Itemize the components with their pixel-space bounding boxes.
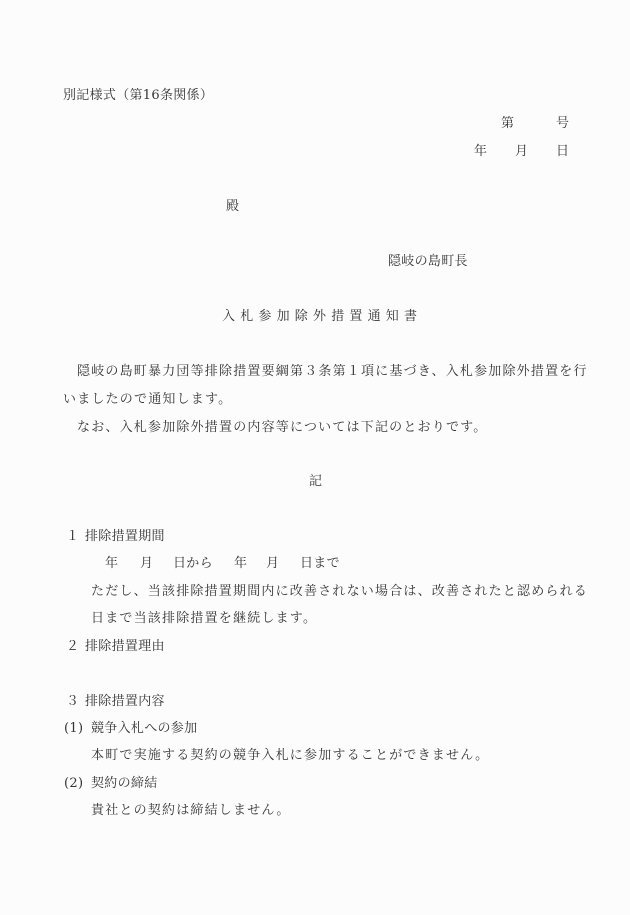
- period-to-day: 日まで: [300, 557, 340, 570]
- reference-number-suffix: 号: [556, 117, 569, 130]
- section-3-item-1-text: 本町で実施する契約の競争入札に参加することができません。: [91, 749, 489, 762]
- period-to-month: 月: [266, 557, 279, 570]
- section-3-heading: 排除措置内容: [85, 695, 165, 708]
- section-3-item-1-number: (1): [64, 722, 83, 735]
- section-3-item-2-heading: 契約の締結: [91, 777, 158, 790]
- section-2-number: ２: [66, 640, 79, 653]
- section-1-note-line-2: 日まで当該排除措置を継続します。: [91, 612, 317, 625]
- period-from-year: 年: [105, 557, 118, 570]
- form-label: 別記様式（第16条関係）: [63, 89, 213, 102]
- addressee-honorific: 殿: [226, 200, 239, 213]
- ki-heading: 記: [309, 475, 322, 488]
- reference-number-prefix: 第: [501, 117, 514, 130]
- period-to-year: 年: [234, 557, 247, 570]
- section-1-number: １: [66, 530, 79, 543]
- body-paragraph-1-line-1: 隠岐の島町暴力団等排除措置要綱第３条第１項に基づき、入札参加除外措置を行: [77, 365, 588, 378]
- section-3-number: ３: [66, 695, 79, 708]
- section-3-item-2-number: (2): [64, 777, 83, 790]
- section-2-heading: 排除措置理由: [85, 640, 165, 653]
- section-3-item-2-text: 貴社との契約は締結しません。: [91, 804, 291, 817]
- body-paragraph-1-line-2: いましたので通知します。: [63, 393, 232, 406]
- section-1-heading: 排除措置期間: [85, 530, 165, 543]
- issuer-name: 隠岐の島町長: [388, 255, 468, 268]
- period-from-month: 月: [140, 557, 153, 570]
- document-title: 入札参加除外措置通知書: [222, 310, 422, 323]
- body-paragraph-2: なお、入札参加除外措置の内容等については下記のとおりです。: [77, 421, 488, 434]
- date-day: 日: [556, 145, 569, 158]
- section-1-note-line-1: ただし、当該排除措置期間内に改善されない場合は、改善されたと認められる: [91, 585, 588, 598]
- date-year: 年: [474, 145, 487, 158]
- section-3-item-1-heading: 競争入札への参加: [91, 722, 197, 735]
- date-month: 月: [515, 145, 528, 158]
- period-from-day: 日から: [173, 557, 213, 570]
